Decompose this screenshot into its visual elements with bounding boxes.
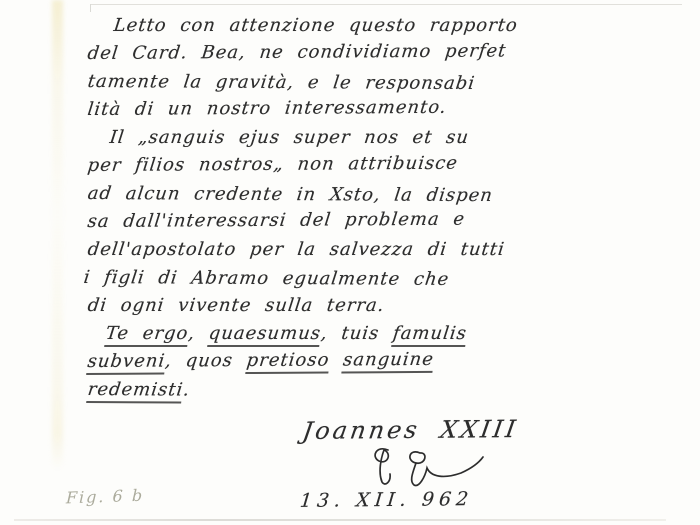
paragraph-intro: Letto con attenzione questo rapporto del… xyxy=(86,12,606,124)
underlined-word: sanguine xyxy=(342,349,436,374)
handwriting-line: redemisti. xyxy=(86,376,609,407)
handwriting-line: Il „sanguis ejus super nos et su xyxy=(86,124,609,152)
handwriting-line: Te ergo, quaesumus, tuis famulis xyxy=(86,320,609,348)
date: 13. XII. 962 xyxy=(299,488,474,512)
signature-flourish-icon xyxy=(366,444,486,490)
page-top-edge xyxy=(90,4,682,5)
handwriting-line: lità di un nostro interessamento. xyxy=(86,93,610,124)
paper-crease xyxy=(52,0,63,470)
handwriting-segment: , xyxy=(187,323,210,344)
handwriting-line: di ogni vivente sulla terra. xyxy=(86,292,609,320)
handwriting-line: subveni, quos pretioso sanguine xyxy=(86,345,610,376)
underlined-word: subveni xyxy=(86,351,166,375)
handwriting-line: dell'apostolato per la salvezza di tutti xyxy=(86,236,609,264)
handwriting-segment: , quos xyxy=(164,350,248,371)
page-bottom-edge xyxy=(14,519,666,521)
underlined-word: pretioso xyxy=(245,350,331,375)
handwriting-segment: . xyxy=(182,380,191,401)
handwriting-line: sa dall'interessarsi del problema e xyxy=(86,205,610,236)
figure-label-pencil: Fig. 6 b xyxy=(66,486,145,508)
underlined-word: Te ergo xyxy=(104,323,190,347)
handwriting-line: i figli di Abramo egualmente che xyxy=(82,264,609,295)
handwriting-line: per filios nostros„ non attribuisce xyxy=(86,149,610,180)
page-top-edge-corner xyxy=(90,4,91,12)
handwriting-line: del Card. Bea, ne condividiamo perfet xyxy=(86,37,610,68)
scanned-letter-page: Letto con attenzione questo rapporto del… xyxy=(0,0,700,525)
handwriting-line: Letto con attenzione questo rapporto xyxy=(86,12,609,40)
underlined-word: famulis xyxy=(391,323,468,347)
paragraph-latin-prayer: Te ergo, quaesumus, tuis famulis subveni… xyxy=(86,320,606,404)
signature-joannes-xxiii: Joannes XXIII xyxy=(301,415,521,445)
handwriting-segment: , tuis xyxy=(320,323,395,344)
underlined-word: redemisti xyxy=(86,379,184,403)
letter-text: Letto con attenzione questo rapporto del… xyxy=(86,12,606,404)
underlined-word: quaesumus xyxy=(207,323,322,347)
paragraph-sanguis: Il „sanguis ejus super nos et su per fil… xyxy=(86,124,606,320)
